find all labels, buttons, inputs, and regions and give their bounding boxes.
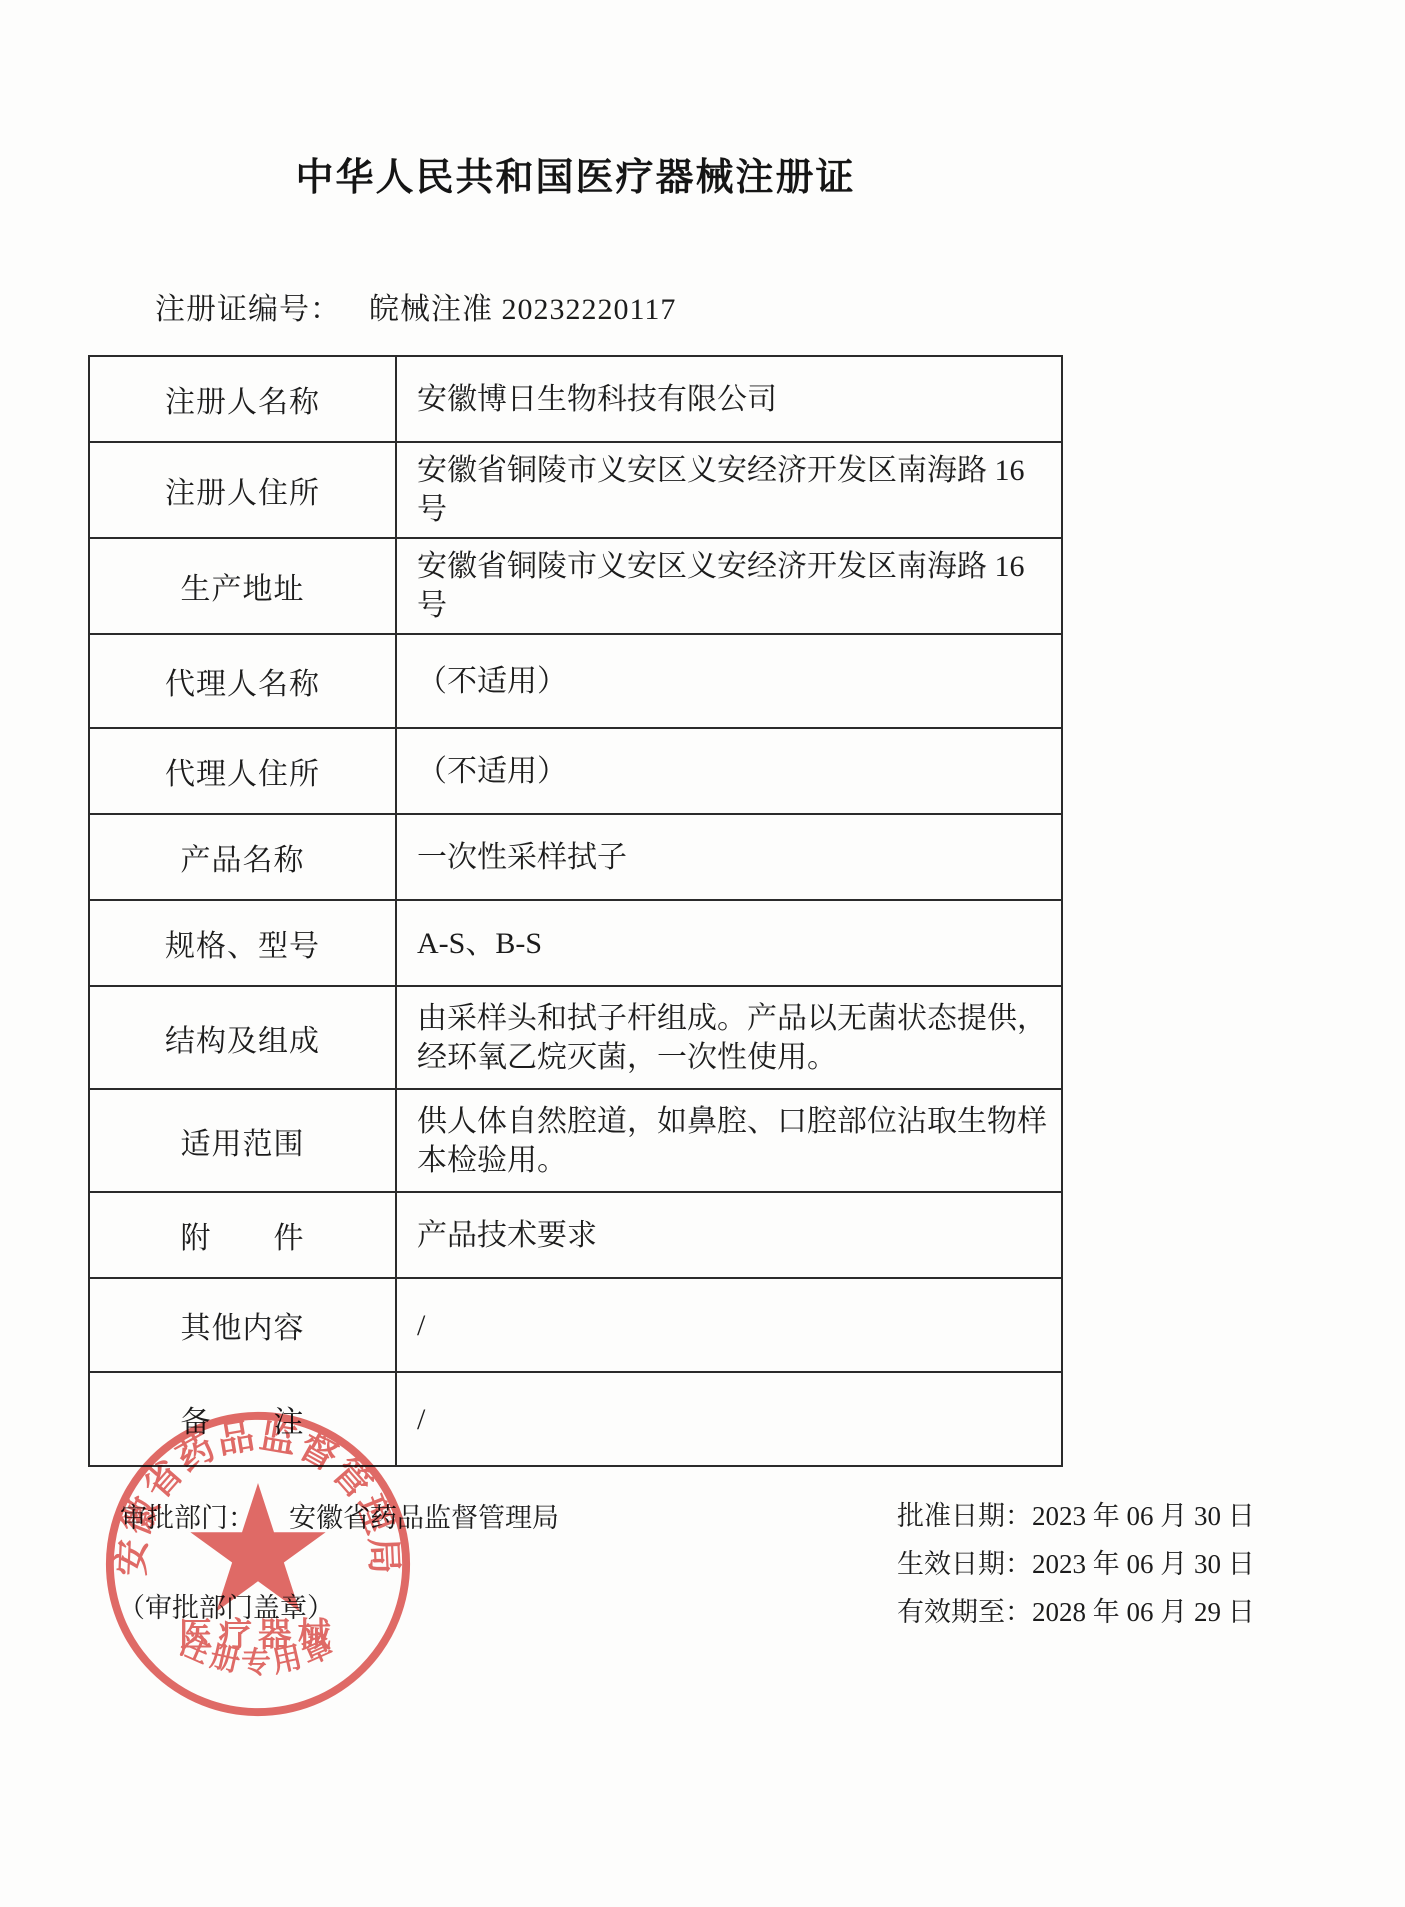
dates-block: 批准日期：2023 年 06 月 30 日 生效日期：2023 年 06 月 3…: [897, 1492, 1255, 1636]
approval-department-value: 安徽省药品监督管理局: [289, 1503, 559, 1533]
row-value: 由采样头和拭子杆组成。产品以无菌状态提供，经环氧乙烷灭菌，一次性使用。: [396, 986, 1062, 1089]
expiry-date-value: 2028 年 06 月 29 日: [1032, 1597, 1255, 1627]
approval-department-label: 审批部门：: [120, 1503, 255, 1533]
table-row: 代理人住所 （不适用）: [89, 728, 1062, 814]
row-label: 规格、型号: [89, 900, 396, 986]
registration-number-line: 注册证编号：皖械注准 20232220117: [155, 284, 676, 328]
effective-date-line: 生效日期：2023 年 06 月 30 日: [897, 1540, 1255, 1588]
table-row: 结构及组成 由采样头和拭子杆组成。产品以无菌状态提供，经环氧乙烷灭菌，一次性使用…: [89, 986, 1062, 1089]
row-label: 适用范围: [89, 1089, 396, 1192]
row-value: 产品技术要求: [396, 1192, 1062, 1278]
table-row: 注册人名称 安徽博日生物科技有限公司: [89, 356, 1062, 442]
row-label: 产品名称: [89, 814, 396, 900]
approval-date-line: 批准日期：2023 年 06 月 30 日: [897, 1492, 1255, 1540]
page-title: 中华人民共和国医疗器械注册证: [88, 146, 1063, 201]
row-value: 供人体自然腔道，如鼻腔、口腔部位沾取生物样本检验用。: [396, 1089, 1062, 1192]
approval-date-value: 2023 年 06 月 30 日: [1032, 1501, 1255, 1531]
row-label: 注册人住所: [89, 442, 396, 538]
row-value: （不适用）: [396, 728, 1062, 814]
row-value: 一次性采样拭子: [396, 814, 1062, 900]
table-row: 备 注 /: [89, 1372, 1062, 1466]
table-row: 附 件 产品技术要求: [89, 1192, 1062, 1278]
row-label: 其他内容: [89, 1278, 396, 1372]
approval-date-label: 批准日期：: [897, 1501, 1032, 1531]
expiry-date-line: 有效期至：2028 年 06 月 29 日: [897, 1588, 1255, 1636]
table-row: 代理人名称 （不适用）: [89, 634, 1062, 728]
effective-date-value: 2023 年 06 月 30 日: [1032, 1549, 1255, 1579]
row-value: 安徽省铜陵市义安区义安经济开发区南海路 16 号: [396, 538, 1062, 634]
row-label: 备 注: [89, 1372, 396, 1466]
expiry-date-label: 有效期至：: [897, 1597, 1032, 1627]
row-label: 代理人住所: [89, 728, 396, 814]
row-value: 安徽博日生物科技有限公司: [396, 356, 1062, 442]
row-label: 代理人名称: [89, 634, 396, 728]
row-label: 附 件: [89, 1192, 396, 1278]
table-row: 注册人住所 安徽省铜陵市义安区义安经济开发区南海路 16 号: [89, 442, 1062, 538]
seal-registration-text: 注册专用章: [175, 1627, 342, 1680]
row-label: 生产地址: [89, 538, 396, 634]
row-label: 注册人名称: [89, 356, 396, 442]
approval-department-line: 审批部门：安徽省药品监督管理局: [120, 1496, 559, 1535]
row-value: A-S、B-S: [396, 900, 1062, 986]
registration-number-label: 注册证编号：: [155, 293, 341, 326]
row-value: /: [396, 1372, 1062, 1466]
seal-note: （审批部门盖章）: [118, 1586, 334, 1625]
table-row: 规格、型号 A-S、B-S: [89, 900, 1062, 986]
row-label: 结构及组成: [89, 986, 396, 1089]
certificate-table: 注册人名称 安徽博日生物科技有限公司 注册人住所 安徽省铜陵市义安区义安经济开发…: [88, 355, 1063, 1467]
row-value: /: [396, 1278, 1062, 1372]
row-value: 安徽省铜陵市义安区义安经济开发区南海路 16 号: [396, 442, 1062, 538]
effective-date-label: 生效日期：: [897, 1549, 1032, 1579]
table-row: 适用范围 供人体自然腔道，如鼻腔、口腔部位沾取生物样本检验用。: [89, 1089, 1062, 1192]
certificate-page: 中华人民共和国医疗器械注册证 注册证编号：皖械注准 20232220117 注册…: [0, 0, 1405, 1907]
registration-number-value: 皖械注准 20232220117: [369, 293, 676, 326]
table-row: 生产地址 安徽省铜陵市义安区义安经济开发区南海路 16 号: [89, 538, 1062, 634]
table-row: 产品名称 一次性采样拭子: [89, 814, 1062, 900]
table-row: 其他内容 /: [89, 1278, 1062, 1372]
row-value: （不适用）: [396, 634, 1062, 728]
